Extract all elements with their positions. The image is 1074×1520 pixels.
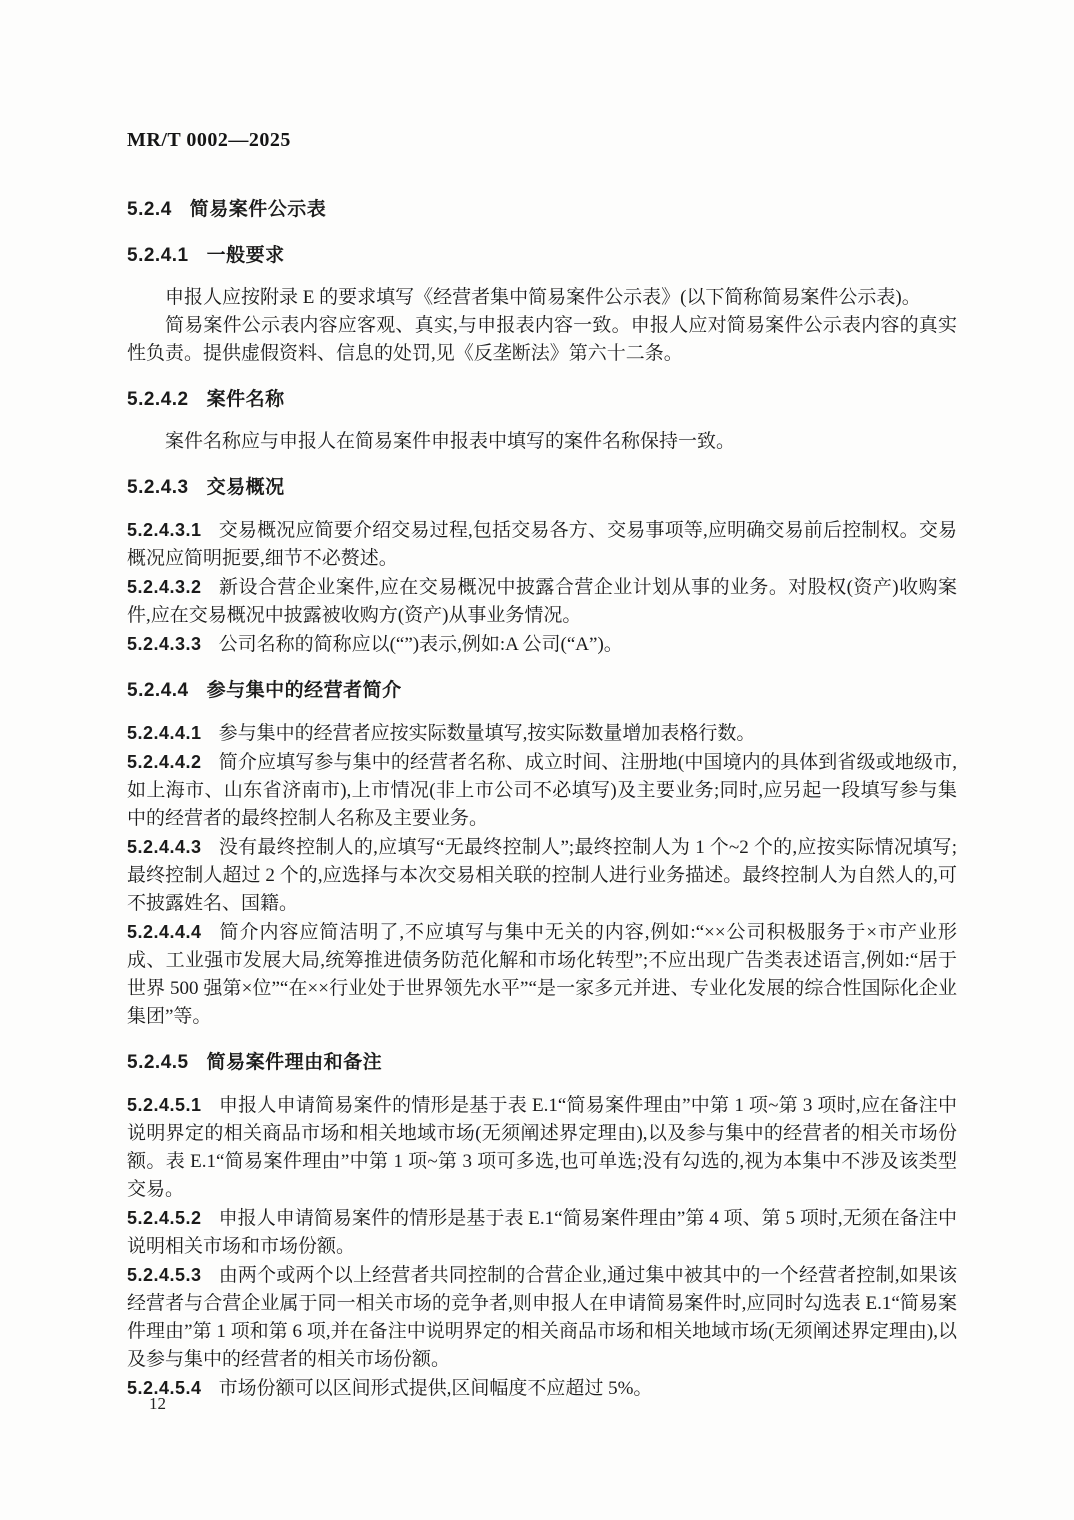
heading-number: 5.2.4.3 [127,474,189,502]
clause-5-2-4-4-3: 5.2.4.4.3没有最终控制人的,应填写“无最终控制人”;最终控制人为 1 个… [127,833,957,918]
clause-5-2-4-5-3: 5.2.4.5.3由两个或两个以上经营者共同控制的合营企业,通过集中被其中的一个… [127,1261,957,1374]
clause-number: 5.2.4.4.2 [127,752,202,772]
document-code-header: MR/T 0002—2025 [127,129,291,152]
paragraph-p-3: 简易案件公示表内容应客观、真实,与申报表内容一致。申报人应对简易案件公示表内容的… [127,312,957,368]
clause-number: 5.2.4.5.3 [127,1265,202,1285]
clause-5-2-4-4-2: 5.2.4.4.2简介应填写参与集中的经营者名称、成立时间、注册地(中国境内的具… [127,748,957,833]
clause-number: 5.2.4.5.2 [127,1208,202,1228]
clause-text: 申报人申请简易案件的情形是基于表 E.1“简易案件理由”第 4 项、第 5 项时… [127,1208,957,1257]
heading-title: 简易案件公示表 [190,196,327,224]
clause-number: 5.2.4.4.1 [127,723,202,743]
heading-5-2-4-3: 5.2.4.3交易概况 [127,474,957,502]
paragraph-p-5: 案件名称应与申报人在简易案件申报表中填写的案件名称保持一致。 [127,428,957,456]
clause-text: 新设合营企业案件,应在交易概况中披露合营企业计划从事的业务。对股权(资产)收购案… [127,577,957,626]
heading-title: 交易概况 [207,474,285,502]
clause-text: 参与集中的经营者应按实际数量填写,按实际数量增加表格行数。 [219,723,756,744]
page-number: 12 [149,1394,166,1414]
heading-title: 一般要求 [207,242,285,270]
clause-number: 5.2.4.4.4 [127,922,202,942]
clause-text: 市场份额可以区间形式提供,区间幅度不应超过 5%。 [219,1378,653,1399]
clause-number: 5.2.4.3.1 [127,520,202,540]
clause-5-2-4-3-3: 5.2.4.3.3公司名称的简称应以(“”)表示,例如:A 公司(“A”)。 [127,630,957,659]
clause-number: 5.2.4.4.3 [127,837,202,857]
clause-5-2-4-4-1: 5.2.4.4.1参与集中的经营者应按实际数量填写,按实际数量增加表格行数。 [127,719,957,748]
heading-number: 5.2.4.2 [127,386,189,414]
heading-5-2-4: 5.2.4简易案件公示表 [127,196,957,224]
clause-number: 5.2.4.3.3 [127,634,202,654]
clause-text: 简介应填写参与集中的经营者名称、成立时间、注册地(中国境内的具体到省级或地级市,… [127,752,957,829]
clause-text: 公司名称的简称应以(“”)表示,例如:A 公司(“A”)。 [219,634,623,655]
heading-number: 5.2.4.1 [127,242,189,270]
heading-5-2-4-1: 5.2.4.1一般要求 [127,242,957,270]
clause-5-2-4-3-1: 5.2.4.3.1交易概况应简要介绍交易过程,包括交易各方、交易事项等,应明确交… [127,516,957,573]
heading-title: 简易案件理由和备注 [207,1049,383,1077]
clause-number: 5.2.4.3.2 [127,577,202,597]
heading-5-2-4-2: 5.2.4.2案件名称 [127,386,957,414]
clause-text: 没有最终控制人的,应填写“无最终控制人”;最终控制人为 1 个~2 个的,应按实… [127,837,957,914]
clause-5-2-4-5-2: 5.2.4.5.2申报人申请简易案件的情形是基于表 E.1“简易案件理由”第 4… [127,1204,957,1261]
clause-text: 由两个或两个以上经营者共同控制的合营企业,通过集中被其中的一个经营者控制,如果该… [127,1265,957,1370]
document-page: MR/T 0002—2025 5.2.4简易案件公示表5.2.4.1一般要求申报… [0,0,1074,1520]
clause-text: 简介内容应简洁明了,不应填写与集中无关的内容,例如:“××公司积极服务于×市产业… [127,922,957,1027]
clause-5-2-4-5-1: 5.2.4.5.1申报人申请简易案件的情形是基于表 E.1“简易案件理由”中第 … [127,1091,957,1204]
clause-5-2-4-3-2: 5.2.4.3.2新设合营企业案件,应在交易概况中披露合营企业计划从事的业务。对… [127,573,957,630]
clause-text: 交易概况应简要介绍交易过程,包括交易各方、交易事项等,应明确交易前后控制权。交易… [127,520,957,569]
heading-title: 案件名称 [207,386,285,414]
heading-number: 5.2.4 [127,196,172,224]
clause-number: 5.2.4.5.1 [127,1095,202,1115]
clause-5-2-4-5-4: 5.2.4.5.4市场份额可以区间形式提供,区间幅度不应超过 5%。 [127,1374,957,1403]
heading-5-2-4-5: 5.2.4.5简易案件理由和备注 [127,1049,957,1077]
heading-number: 5.2.4.5 [127,1049,189,1077]
heading-number: 5.2.4.4 [127,677,189,705]
clause-5-2-4-4-4: 5.2.4.4.4简介内容应简洁明了,不应填写与集中无关的内容,例如:“××公司… [127,918,957,1031]
clause-text: 申报人申请简易案件的情形是基于表 E.1“简易案件理由”中第 1 项~第 3 项… [127,1095,957,1200]
heading-title: 参与集中的经营者简介 [207,677,402,705]
paragraph-p-2: 申报人应按附录 E 的要求填写《经营者集中简易案件公示表》(以下简称简易案件公示… [127,284,957,312]
heading-5-2-4-4: 5.2.4.4参与集中的经营者简介 [127,677,957,705]
doc-content: 5.2.4简易案件公示表5.2.4.1一般要求申报人应按附录 E 的要求填写《经… [127,196,957,1403]
